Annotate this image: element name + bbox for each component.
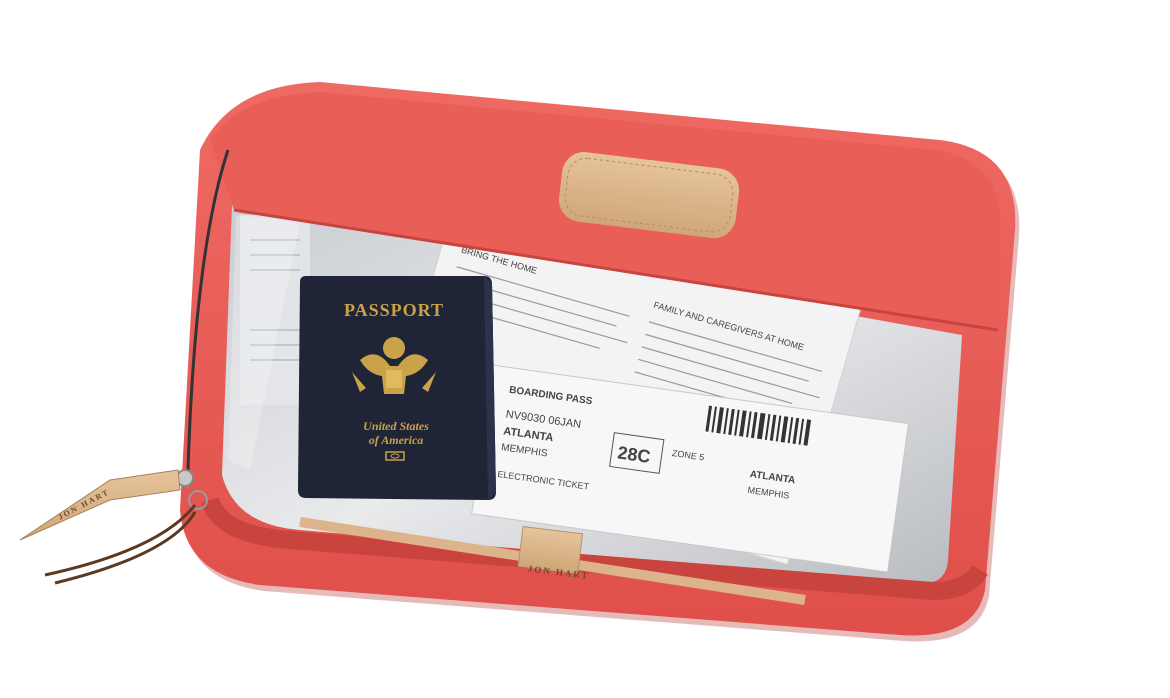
zipper-tag-label: JON HART	[57, 487, 111, 522]
zipper-pull[interactable]: JON HART	[20, 470, 207, 583]
product-photo: CHECKLIST BRING THE HOME FAMILY AND CARE…	[0, 0, 1170, 698]
pouch: CHECKLIST BRING THE HOME FAMILY AND CARE…	[180, 82, 1019, 641]
passport: PASSPORT United States of America	[298, 276, 496, 500]
leather-zipper-tag	[20, 470, 180, 540]
passport-country-line-1: United States	[363, 419, 429, 433]
passport-country-line-2: of America	[369, 433, 424, 447]
passport-title: PASSPORT	[344, 300, 444, 320]
